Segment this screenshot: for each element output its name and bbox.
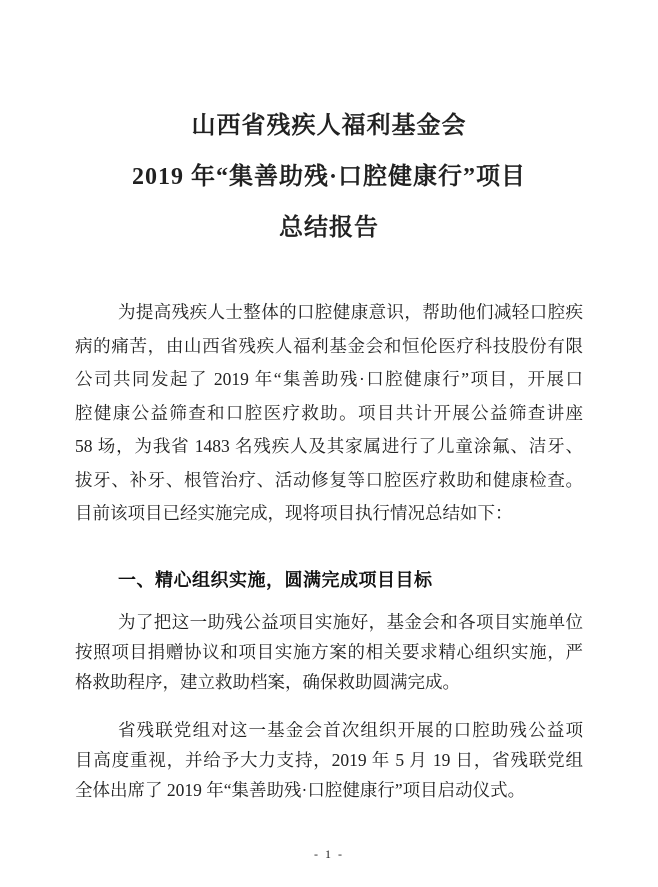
body-line: 目高度重视，并给予大力支持，2019 年 5 月 19 日，省残联党组 [75, 745, 583, 775]
report-title-line-3: 总结报告 [60, 203, 598, 254]
body-line: 腔健康公益筛查和口腔医疗救助。项目共计开展公益筛查讲座 [75, 397, 583, 431]
body-line: 省残联党组对这一基金会首次组织开展的口腔助残公益项 [75, 715, 583, 745]
body-line: 公司共同发起了 2019 年“集善助残·口腔健康行”项目，开展口 [75, 363, 583, 397]
report-title-line-1: 山西省残疾人福利基金会 [60, 101, 598, 152]
body-line: 为了把这一助残公益项目实施好，基金会和各项目实施单位 [75, 607, 583, 637]
section-1-paragraph-2: 省残联党组对这一基金会首次组织开展的口腔助残公益项 目高度重视，并给予大力支持，… [75, 715, 583, 805]
report-title: 山西省残疾人福利基金会 2019 年“集善助残·口腔健康行”项目 总结报告 [60, 101, 598, 254]
body-line: 58 场，为我省 1483 名残疾人及其家属进行了儿童涂氟、洁牙、 [75, 430, 583, 464]
body-line: 病的痛苦，由山西省残疾人福利基金会和恒伦医疗科技股份有限 [75, 330, 583, 364]
report-title-line-2: 2019 年“集善助残·口腔健康行”项目 [60, 152, 598, 203]
body-line: 拔牙、补牙、根管治疗、活动修复等口腔医疗救助和健康检查。 [75, 464, 583, 498]
intro-paragraph: 为提高残疾人士整体的口腔健康意识，帮助他们减轻口腔疾 病的痛苦，由山西省残疾人福… [75, 296, 583, 531]
section-1-heading: 一、精心组织实施，圆满完成项目目标 [75, 566, 583, 592]
body-line: 目前该项目已经实施完成，现将项目执行情况总结如下： [75, 497, 583, 531]
body-line: 为提高残疾人士整体的口腔健康意识，帮助他们减轻口腔疾 [75, 296, 583, 330]
body-line: 按照项目捐赠协议和项目实施方案的相关要求精心组织实施，严 [75, 637, 583, 667]
body-line: 格救助程序，建立救助档案，确保救助圆满完成。 [75, 667, 583, 697]
page-number: - 1 - [0, 847, 658, 862]
section-1-paragraph-1: 为了把这一助残公益项目实施好，基金会和各项目实施单位 按照项目捐赠协议和项目实施… [75, 607, 583, 697]
document-page: 山西省残疾人福利基金会 2019 年“集善助残·口腔健康行”项目 总结报告 为提… [0, 0, 658, 887]
body-line: 全体出席了 2019 年“集善助残·口腔健康行”项目启动仪式。 [75, 775, 583, 805]
